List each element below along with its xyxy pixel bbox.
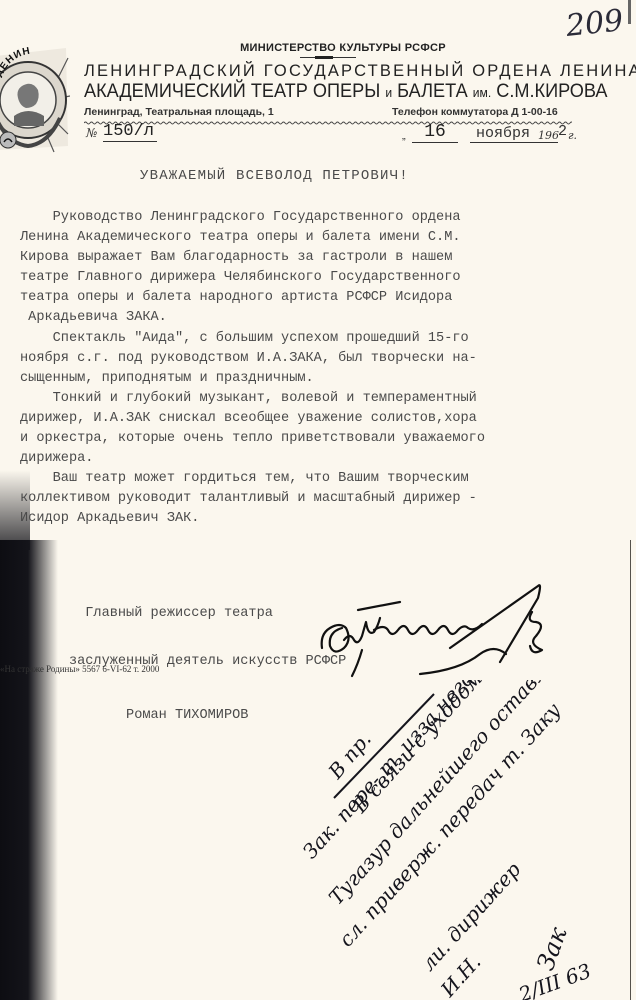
date-year-abbr: г. <box>568 129 577 142</box>
letter-body-line: театре Главного дирижера Челябинского Го… <box>20 268 485 288</box>
letter-body-line: Руководство Ленинградского Государственн… <box>20 208 485 228</box>
letter-body-line: Ваш театр может гордиться тем, что Вашим… <box>20 469 485 489</box>
letter-body-line: дирижера. <box>20 449 485 469</box>
document-number-label: № <box>86 126 97 140</box>
letter-body-line: Ленина Академического театра оперы и бал… <box>20 228 485 248</box>
document-number: 150/л <box>103 122 157 142</box>
letter-body-line: Аркадьевича ЗАКА. <box>20 308 485 328</box>
date-year-prefix: 196 <box>538 129 559 142</box>
date-open-quote: „ <box>402 130 406 142</box>
letter-body-line: и оркестра, которые очень тепло приветст… <box>20 429 485 449</box>
letter-body-line: Исидор Аркадьевич ЗАК. <box>20 509 485 529</box>
org-line2-kirov: С.М.КИРОВА <box>496 80 607 102</box>
scanned-letter-page: ЛЕНИН 209 МИНИСТЕРСТВО КУЛЬТУРЫ РСФСР ЛЕ… <box>0 0 636 1000</box>
letter-body-line: дирижер, И.А.ЗАК снискал всеобщее уважен… <box>20 409 485 429</box>
salutation: УВАЖАЕМЫЙ ВСЕВОЛОД ПЕТРОВИЧ! <box>140 168 409 184</box>
letterhead-phone: Телефон коммутатора Д 1-00-16 <box>392 106 558 118</box>
letter-body-line: театра оперы и балета народного артиста … <box>20 288 485 308</box>
handwritten-signature-icon <box>300 572 560 682</box>
organization-name-line2: АКАДЕМИЧЕСКИЙ ТЕАТР ОПЕРЫ и БАЛЕТА им. С… <box>84 80 608 103</box>
org-line2-ballet: БАЛЕТА <box>397 80 468 102</box>
letter-body: Руководство Ленинградского Государственн… <box>20 208 485 530</box>
organization-name-line1: ЛЕНИНГРАДСКИЙ ГОСУДАРСТВЕННЫЙ ОРДЕНА ЛЕН… <box>84 62 636 81</box>
printer-imprint: «На страже Родины» 5567 6-VI-62 т. 2000 <box>0 664 159 674</box>
org-line2-theatre: АКАДЕМИЧЕСКИЙ ТЕАТР ОПЕРЫ <box>84 80 380 102</box>
page-edge-mark <box>628 0 631 24</box>
date-day: 16 <box>412 122 458 143</box>
signatory-title-line1: Главный режиссер театра <box>20 606 346 622</box>
archive-folio-number: 209 <box>564 3 625 44</box>
org-line2-named: им. <box>473 85 491 100</box>
svg-text:сл. приверж. передач т. Заку: сл. приверж. передач т. Заку <box>334 698 566 952</box>
letter-body-line: сыщенным, приподнятым и праздничным. <box>20 369 485 389</box>
order-of-lenin-icon: ЛЕНИН <box>0 38 70 156</box>
handwritten-resolution-annotation: В пр. В связи с уходом Зак. пере- т. изз… <box>290 680 636 1000</box>
letter-body-line: коллективом руководит талантливый и масш… <box>20 489 485 509</box>
heading-divider-accent <box>315 56 333 59</box>
ministry-heading: МИНИСТЕРСТВО КУЛЬТУРЫ РСФСР <box>0 42 636 54</box>
letter-body-line: Тонкий и глубокий музыкант, волевой и те… <box>20 389 485 409</box>
date-year-suffix: 2 <box>558 123 567 140</box>
letter-body-line: Спектакль "Аида", с большим успехом прош… <box>20 329 485 349</box>
letter-body-line: ноября с.г. под руководством И.А.ЗАКА, б… <box>20 349 485 369</box>
org-line2-and: и <box>385 85 392 100</box>
letter-body-line: Кирова выражает Вам благодарность за гас… <box>20 248 485 268</box>
letterhead-address: Ленинград, Театральная площадь, 1 <box>84 106 274 118</box>
